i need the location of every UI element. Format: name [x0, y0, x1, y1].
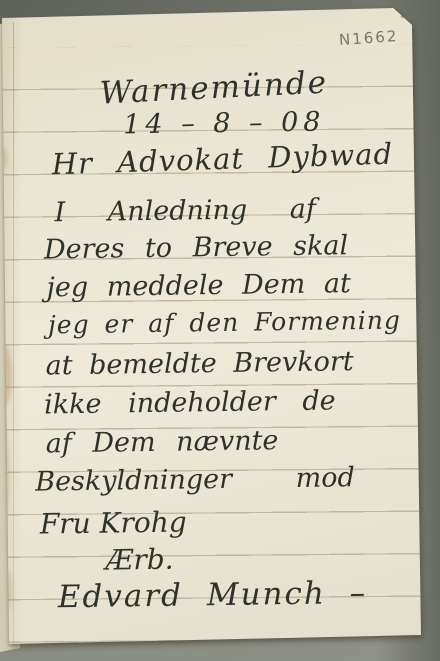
letter-paper: N1662 Warnemünde 14 – 8 – 08 Hr Advokat … [0, 0, 440, 661]
letter-line: at bemeldte Brevkort [45, 346, 353, 381]
letter-line: Fru Krohg [40, 505, 187, 540]
letter-line-date: 14 – 8 – 08 [123, 107, 326, 141]
letter-line: Deres to Breve skal [44, 230, 349, 265]
letter-line: Beskyldninger mod [35, 462, 355, 497]
paper-sheet: N1662 Warnemünde 14 – 8 – 08 Hr Advokat … [0, 0, 440, 661]
scanned-letter-photo: N1662 Warnemünde 14 – 8 – 08 Hr Advokat … [0, 0, 440, 661]
letter-line-signature: Edvard Munch – [58, 575, 368, 615]
letter-line-valediction: Ærb. [105, 543, 174, 577]
handwritten-text: Warnemünde 14 – 8 – 08 Hr Advokat Dybwad… [0, 0, 440, 661]
letter-line-place: Warnemünde [99, 65, 329, 112]
letter-line-recipient: Hr Advokat Dybwad [51, 137, 393, 182]
letter-line: af Dem nævnte [45, 425, 278, 459]
letter-line: jeg meddele Dem at [46, 268, 351, 303]
letter-line: ikke indeholder de [44, 385, 336, 420]
letter-line: I Anledning af [54, 194, 316, 229]
letter-line: jeg er af den Formening [48, 305, 401, 339]
